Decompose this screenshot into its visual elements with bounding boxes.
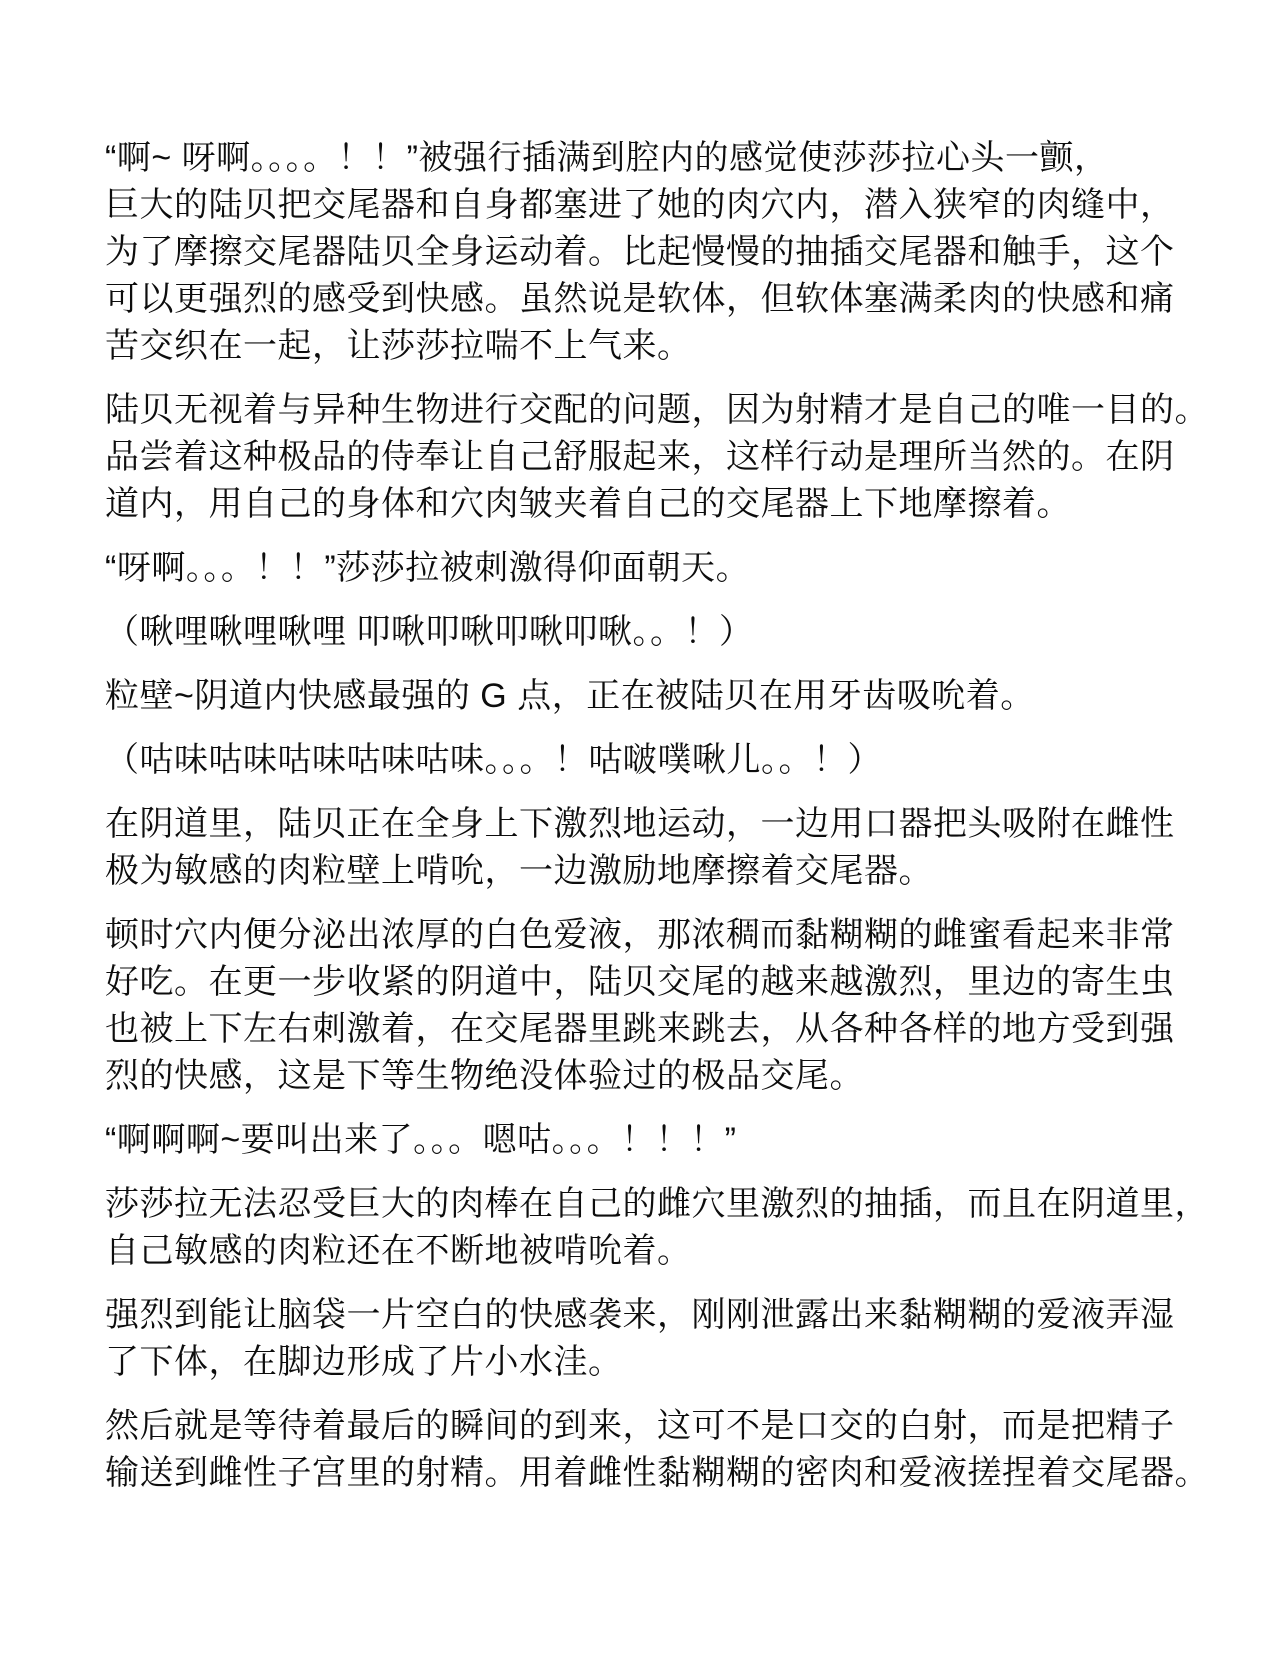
text-line: （咕味咕味咕味咕味咕味。。。！咕啵噗啾儿。。！） [105,737,1135,784]
text-line: 自己敏感的肉粒还在不断地被啃吮着。 [105,1228,1135,1275]
text-line: “啊~ 呀啊。。。。！！”被强行插满到腔内的感觉使莎莎拉心头一颤， [105,135,1135,182]
text-line: 苦交织在一起，让莎莎拉喘不上气来。 [105,323,1135,370]
text-line: （啾哩啾哩啾哩 叩啾叩啾叩啾叩啾。。！） [105,609,1135,656]
paragraph: （啾哩啾哩啾哩 叩啾叩啾叩啾叩啾。。！） [105,609,1135,656]
paragraph: 强烈到能让脑袋一片空白的快感袭来，刚刚泄露出来黏糊糊的爱液弄湿了下体，在脚边形成… [105,1292,1135,1386]
text-line: 了下体，在脚边形成了片小水洼。 [105,1339,1135,1386]
text-line: 烈的快感，这是下等生物绝没体验过的极品交尾。 [105,1053,1135,1100]
text-line: 道内，用自己的身体和穴肉皱夹着自己的交尾器上下地摩擦着。 [105,481,1135,528]
text-line: 为了摩擦交尾器陆贝全身运动着。比起慢慢的抽插交尾器和触手，这个 [105,229,1135,276]
text-line: 可以更强烈的感受到快感。虽然说是软体，但软体塞满柔肉的快感和痛 [105,276,1135,323]
text-line: 在阴道里，陆贝正在全身上下激烈地运动，一边用口器把头吸附在雌性 [105,801,1135,848]
text-line: 强烈到能让脑袋一片空白的快感袭来，刚刚泄露出来黏糊糊的爱液弄湿 [105,1292,1135,1339]
text-line: 极为敏感的肉粒壁上啃吮，一边激励地摩擦着交尾器。 [105,848,1135,895]
paragraph: 然后就是等待着最后的瞬间的到来，这可不是口交的白射，而是把精子输送到雌性子宫里的… [105,1403,1135,1497]
paragraph: 粒壁~阴道内快感最强的 G 点，正在被陆贝在用牙齿吸吮着。 [105,673,1135,720]
paragraph: 莎莎拉无法忍受巨大的肉棒在自己的雌穴里激烈的抽插，而且在阴道里，自己敏感的肉粒还… [105,1181,1135,1275]
text-line: 莎莎拉无法忍受巨大的肉棒在自己的雌穴里激烈的抽插，而且在阴道里， [105,1181,1135,1228]
text-line: 品尝着这种极品的侍奉让自己舒服起来，这样行动是理所当然的。在阴 [105,434,1135,481]
text-line: 粒壁~阴道内快感最强的 G 点，正在被陆贝在用牙齿吸吮着。 [105,673,1135,720]
text-line: 然后就是等待着最后的瞬间的到来，这可不是口交的白射，而是把精子 [105,1403,1135,1450]
text-line: 也被上下左右刺激着，在交尾器里跳来跳去，从各种各样的地方受到强 [105,1006,1135,1053]
paragraph: 顿时穴内便分泌出浓厚的白色爱液，那浓稠而黏糊糊的雌蜜看起来非常好吃。在更一步收紧… [105,912,1135,1100]
paragraph: 在阴道里，陆贝正在全身上下激烈地运动，一边用口器把头吸附在雌性极为敏感的肉粒壁上… [105,801,1135,895]
text-line: 顿时穴内便分泌出浓厚的白色爱液，那浓稠而黏糊糊的雌蜜看起来非常 [105,912,1135,959]
text-line: 好吃。在更一步收紧的阴道中，陆贝交尾的越来越激烈，里边的寄生虫 [105,959,1135,1006]
text-line: 输送到雌性子宫里的射精。用着雌性黏糊糊的密肉和爱液搓捏着交尾器。 [105,1450,1135,1497]
document-body: “啊~ 呀啊。。。。！！”被强行插满到腔内的感觉使莎莎拉心头一颤，巨大的陆贝把交… [105,135,1135,1514]
paragraph: （咕味咕味咕味咕味咕味。。。！咕啵噗啾儿。。！） [105,737,1135,784]
document-page: “啊~ 呀啊。。。。！！”被强行插满到腔内的感觉使莎莎拉心头一颤，巨大的陆贝把交… [0,0,1280,1656]
paragraph: “呀啊。。。！！”莎莎拉被刺激得仰面朝天。 [105,545,1135,592]
paragraph: “啊啊啊~要叫出来了。。。嗯咕。。。！！！” [105,1117,1135,1164]
text-line: 巨大的陆贝把交尾器和自身都塞进了她的肉穴内，潜入狭窄的肉缝中， [105,182,1135,229]
paragraph: “啊~ 呀啊。。。。！！”被强行插满到腔内的感觉使莎莎拉心头一颤，巨大的陆贝把交… [105,135,1135,370]
text-line: 陆贝无视着与异种生物进行交配的问题，因为射精才是自己的唯一目的。 [105,387,1135,434]
text-line: “啊啊啊~要叫出来了。。。嗯咕。。。！！！” [105,1117,1135,1164]
text-line: “呀啊。。。！！”莎莎拉被刺激得仰面朝天。 [105,545,1135,592]
paragraph: 陆贝无视着与异种生物进行交配的问题，因为射精才是自己的唯一目的。品尝着这种极品的… [105,387,1135,528]
